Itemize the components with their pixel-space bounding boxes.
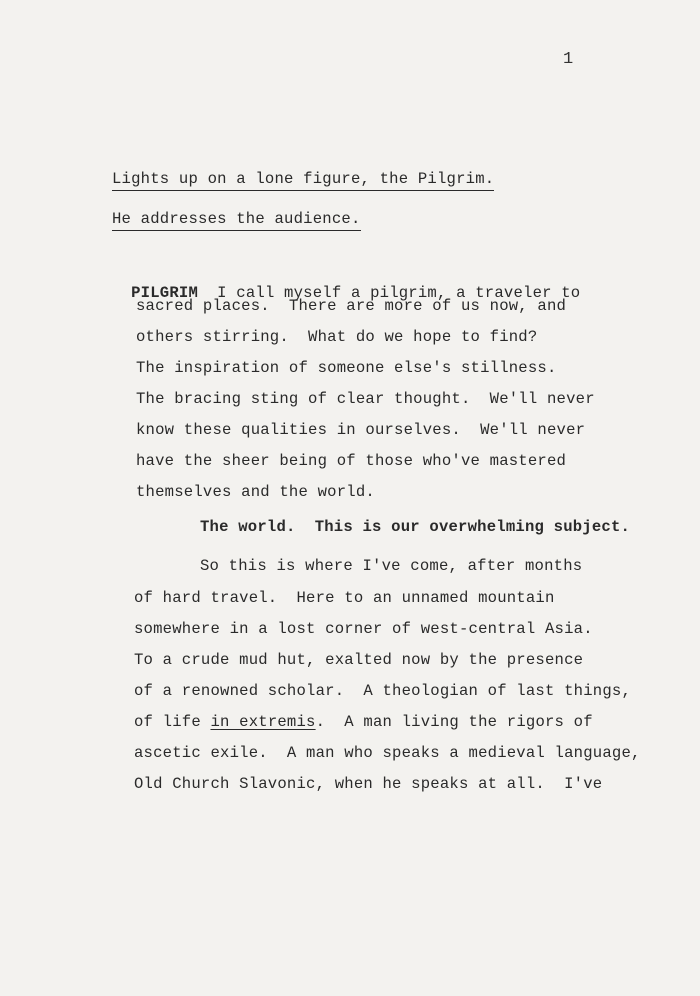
stage-direction-2: He addresses the audience.: [112, 210, 361, 231]
dialogue-line: The bracing sting of clear thought. We'l…: [136, 390, 595, 408]
dialogue-line: ascetic exile. A man who speaks a mediev…: [134, 744, 641, 762]
dialogue-line: somewhere in a lost corner of west-centr…: [134, 620, 593, 638]
dialogue-line: Old Church Slavonic, when he speaks at a…: [134, 775, 602, 793]
dialogue-line: To a crude mud hut, exalted now by the p…: [134, 651, 583, 669]
stage-direction-1: Lights up on a lone figure, the Pilgrim.: [112, 170, 494, 191]
underlined-phrase: in extremis: [210, 713, 315, 731]
dialogue-line: The inspiration of someone else's stilln…: [136, 359, 557, 377]
dialogue-line: So this is where I've come, after months: [200, 557, 582, 575]
dialogue-line: have the sheer being of those who've mas…: [136, 452, 566, 470]
dialogue-line: sacred places. There are more of us now,…: [136, 297, 566, 315]
emphasis-line: The world. This is our overwhelming subj…: [200, 518, 630, 536]
dialogue-line: others stirring. What do we hope to find…: [136, 328, 537, 346]
dialogue-line: themselves and the world.: [136, 483, 375, 501]
dialogue-line: of hard travel. Here to an unnamed mount…: [134, 589, 555, 607]
dialogue-line: of life in extremis. A man living the ri…: [134, 713, 593, 731]
dialogue-line: of a renowned scholar. A theologian of l…: [134, 682, 631, 700]
text-segment: of life: [134, 713, 210, 731]
page-number: 1: [563, 50, 573, 69]
text-segment: . A man living the rigors of: [316, 713, 593, 731]
dialogue-line: know these qualities in ourselves. We'll…: [136, 421, 585, 439]
